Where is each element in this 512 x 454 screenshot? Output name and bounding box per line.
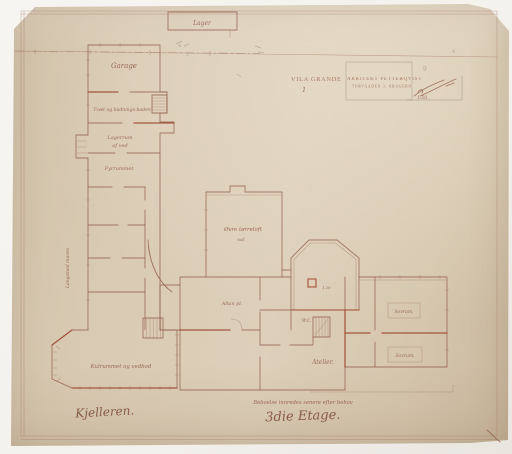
room-label-sovrum-1: Sovrum. xyxy=(394,309,414,315)
cellar-plan: Lager Garage Tvæt og badnings-baden Lage… xyxy=(52,12,237,421)
architect-name: ARKITEKT PETTERQVIST xyxy=(347,77,422,82)
third-floor-plan: Øvre tørreloft sal Altan pl. W.C. Atelie… xyxy=(160,186,453,425)
room-label-bath: Tvæt og badnings-baden xyxy=(93,107,151,113)
pencil-mark-4: 1 xyxy=(302,86,306,94)
room-label-sovrum-2: Sovrum. xyxy=(395,353,415,359)
architect-address: TORVGADEN 3, KRAGERØ xyxy=(352,85,412,90)
scan-background: Lager Garage Tvæt og badnings-baden Lage… xyxy=(0,0,512,454)
pencil-marks: 4 2 9 1 4 xyxy=(176,41,455,94)
room-label-store-line1: Lagerrum xyxy=(106,135,132,141)
project-title: VILA GRANDE xyxy=(291,76,342,83)
room-label-loft-line2: sal xyxy=(237,237,245,243)
room-label-altan: Altan pl. xyxy=(221,301,243,307)
pencil-mark-2: 2 xyxy=(186,52,189,58)
room-label-bigroom: Kulrummet og vedbod xyxy=(90,364,152,370)
cellar-big-room xyxy=(52,330,179,390)
title-block: VILA GRANDE ARKITEKT PETTERQVIST TORVGAD… xyxy=(291,62,462,101)
floor3-caption: 3die Etage. xyxy=(265,408,341,426)
scale-note: 1:50. xyxy=(417,95,429,101)
pencil-mark-1: 4 xyxy=(178,43,181,49)
room-label-garage: Garage xyxy=(111,62,137,70)
room-label-store-line2: af ved xyxy=(112,143,127,149)
wall-annotation-vertical: Langsmed muren xyxy=(65,248,71,289)
pencil-mark-3: 9 xyxy=(423,66,427,73)
bay-dimension: 1.20 xyxy=(322,285,331,290)
bay-window xyxy=(291,240,359,310)
room-label-lager: Lager xyxy=(192,20,212,27)
stairs-upper xyxy=(152,95,167,113)
pencil-mark-5: 4 xyxy=(452,49,455,55)
drawing-canvas: Lager Garage Tvæt og badnings-baden Lage… xyxy=(0,0,512,454)
datum-line xyxy=(15,49,497,57)
room-label-loft-line1: Øvre tørreloft xyxy=(223,226,263,233)
room-label-boiler: Fyrrummet xyxy=(104,166,135,172)
floor3-note: Beboelse innredes senere efter behov xyxy=(252,400,352,406)
stairs-floor3 xyxy=(313,317,330,337)
room-label-atelier: Atelier. xyxy=(311,359,334,366)
room-label-wc: W.C. xyxy=(302,318,311,323)
cellar-caption: Kjelleren. xyxy=(74,403,135,420)
